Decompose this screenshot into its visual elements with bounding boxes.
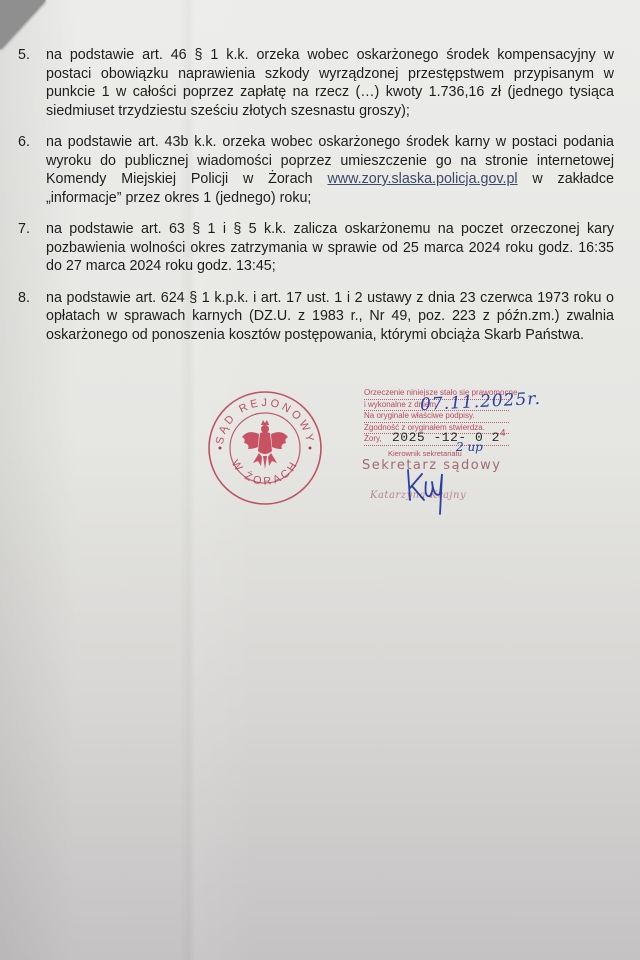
item-text: na podstawie art. 43b k.k. orzeka wobec … [46,133,614,207]
folded-corner [0,0,46,50]
item-number: 5. [14,46,46,120]
list-item: 8. na podstawie art. 624 § 1 k.p.k. i ar… [14,289,614,345]
item-number: 7. [14,220,46,276]
item-text: na podstawie art. 63 § 1 i § 5 k.k. zali… [46,220,614,276]
list-item: 6. na podstawie art. 43b k.k. orzeka wob… [14,133,614,207]
judgment-items-list: 5. na podstawie art. 46 § 1 k.k. orzeka … [14,46,614,357]
police-website-link[interactable]: www.zory.slaska.policja.gov.pl [327,171,517,187]
item-text: na podstawie art. 46 § 1 k.k. orzeka wob… [46,46,614,120]
stamped-date: 2025 -12- 0 2 [392,430,500,445]
item-text: na podstawie art. 624 § 1 k.p.k. i art. … [46,289,614,345]
polish-eagle-icon [242,420,288,469]
stamp-role-small: Kierownik sekretariatu [388,449,462,458]
item-number: 8. [14,289,46,345]
court-seal: SĄD REJONOWY W ŻORACH [206,389,324,507]
signature-icon [400,460,460,515]
side-mark: 4 [500,428,506,442]
handwritten-note: 2 up [456,440,483,454]
list-item: 7. na podstawie art. 63 § 1 i § 5 k.k. z… [14,220,614,276]
item-number: 6. [14,133,46,207]
list-item: 5. na podstawie art. 46 § 1 k.k. orzeka … [14,46,614,120]
